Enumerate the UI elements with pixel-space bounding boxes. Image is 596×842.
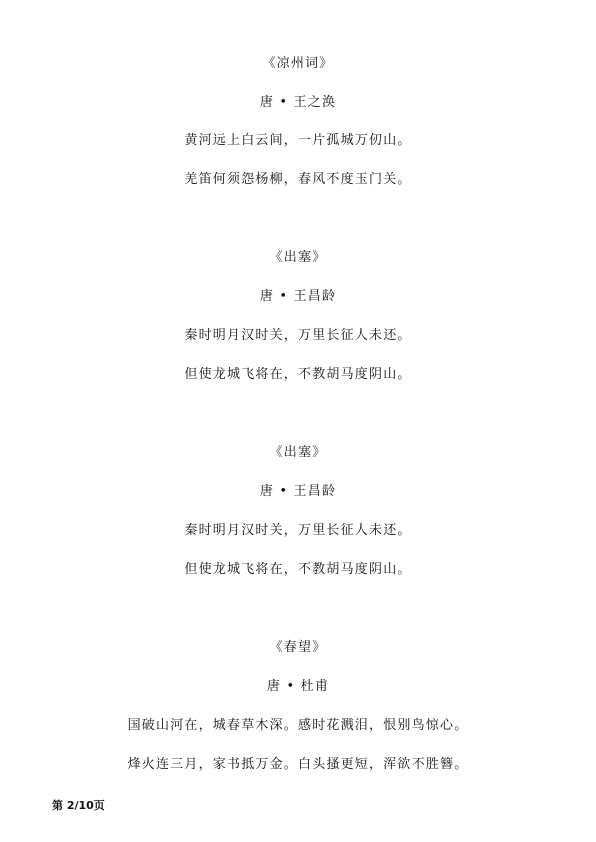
- poem-line: 秦时明月汉时关，万里长征人未还。: [0, 523, 596, 539]
- poem-author: 唐 • 王之涣: [0, 95, 596, 111]
- poem-title: 《凉州词》: [0, 56, 596, 72]
- poem-title: 《出塞》: [0, 250, 596, 266]
- poem-line: 羌笛何须怨杨柳，春风不度玉门关。: [0, 172, 596, 188]
- poem-line: 国破山河在，城春草木深。感时花溅泪，恨别鸟惊心。: [0, 718, 596, 734]
- poem-title: 《春望》: [0, 640, 596, 656]
- poem-line: 秦时明月汉时关，万里长征人未还。: [0, 328, 596, 344]
- poem-author: 唐 • 王昌龄: [0, 289, 596, 305]
- poem-title: 《出塞》: [0, 445, 596, 461]
- poem-line: 黄河远上白云间，一片孤城万仞山。: [0, 133, 596, 149]
- poem-author: 唐 • 杜甫: [0, 679, 596, 695]
- page-number: 第 2/10页: [52, 799, 105, 813]
- poem-author: 唐 • 王昌龄: [0, 484, 596, 500]
- poem-line: 烽火连三月，家书抵万金。白头搔更短，浑欲不胜簪。: [0, 757, 596, 773]
- poem-line: 但使龙城飞将在，不教胡马度阴山。: [0, 562, 596, 578]
- poem-line: 但使龙城飞将在，不教胡马度阴山。: [0, 367, 596, 383]
